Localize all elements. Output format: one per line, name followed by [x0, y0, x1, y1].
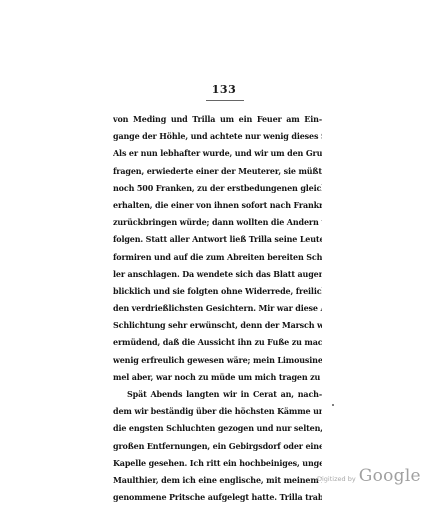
text-line: großen Entfernungen, ein Gebirgsdorf ode…: [113, 438, 322, 455]
text-line: mel aber, war noch zu müde um mich trage…: [113, 369, 322, 386]
text-line: den verdrießlichsten Gesichtern. Mir war…: [113, 300, 322, 317]
scanned-book-page: 133 von Meding und Trilla um ein Feuer a…: [0, 0, 448, 512]
page-number: 133: [0, 83, 448, 96]
google-logo: Google: [359, 466, 421, 486]
watermark-prefix: Digitized by: [317, 475, 356, 483]
body-text: von Meding und Trilla um ein Feuer am Ei…: [113, 111, 322, 506]
text-line: wenig erfreulich gewesen wäre; mein Limo…: [113, 352, 322, 369]
header-rule: [206, 100, 244, 101]
text-line: ermüdend, daß die Aussicht ihn zu Fuße z…: [113, 334, 322, 351]
text-line: Schlichtung sehr erwünscht, denn der Mar…: [113, 317, 322, 334]
text-line: genommene Pritsche aufgelegt hatte. Tril…: [113, 489, 322, 506]
text-line: ler anschlagen. Da wendete sich das Blat…: [113, 266, 322, 283]
text-line: die engsten Schluchten gezogen und nur s…: [113, 420, 322, 437]
text-line: Kapelle gesehen. Ich ritt ein hochbeinig…: [113, 455, 322, 472]
text-line: gange der Höhle, und achtete nur wenig d…: [113, 128, 322, 145]
paragraph-start-line: Spät Abends langten wir in Cerat an, nac…: [113, 386, 322, 403]
text-line: dem wir beständig über die höchsten Kämm…: [113, 403, 322, 420]
text-line: blicklich und sie folgten ohne Widerrede…: [113, 283, 322, 300]
scan-speck: [332, 404, 334, 406]
text-line: zurückbringen würde; dann wollten die An…: [113, 214, 322, 231]
text-line: Maulthier, dem ich eine englische, mit m…: [113, 472, 322, 489]
digitized-watermark: Digitized by Google: [317, 466, 421, 486]
text-line: von Meding und Trilla um ein Feuer am Ei…: [113, 111, 322, 128]
text-line: fragen, erwiederte einer der Meuterer, s…: [113, 163, 322, 180]
text-line: folgen. Statt aller Antwort ließ Trilla …: [113, 231, 322, 248]
text-line: noch 500 Franken, zu der erstbedungenen …: [113, 180, 322, 197]
text-line: formiren und auf die zum Abreiten bereit…: [113, 249, 322, 266]
text-line: Als er nun lebhafter wurde, und wir um d…: [113, 145, 322, 162]
text-line: erhalten, die einer von ihnen sofort nac…: [113, 197, 322, 214]
